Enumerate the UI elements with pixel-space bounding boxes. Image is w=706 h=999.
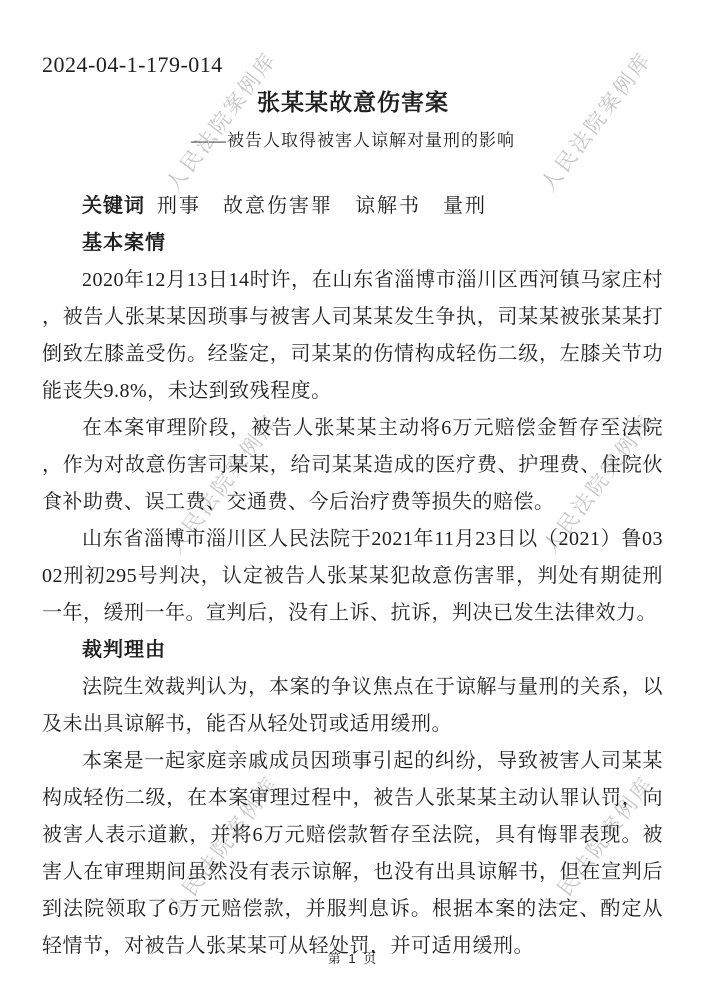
case-number: 2024-04-1-179-014 xyxy=(42,52,223,78)
keywords-line: 关键词刑事故意伤害罪谅解书量刑 xyxy=(42,188,663,225)
paragraph: 山东省淄博市淄川区人民法院于2021年11月23日以（2021）鲁0302刑初2… xyxy=(42,521,663,632)
keywords-label: 关键词 xyxy=(82,195,145,217)
paragraph: 本案是一起家庭亲戚成员因琐事引起的纠纷，导致被害人司某某构成轻伤二级，在本案审理… xyxy=(42,743,663,965)
keyword-item: 谅解书 xyxy=(355,195,421,217)
keyword-item: 故意伤害罪 xyxy=(223,195,333,217)
document-subtitle: ——被告人取得被害人谅解对量刑的影响 xyxy=(0,126,706,151)
paragraph: 法院生效裁判认为，本案的争议焦点在于谅解与量刑的关系，以及未出具谅解书，能否从轻… xyxy=(42,669,663,743)
document-body: 关键词刑事故意伤害罪谅解书量刑 基本案情 2020年12月13日14时许，在山东… xyxy=(42,188,663,965)
page-number: 第 1 页 xyxy=(0,948,706,967)
keyword-item: 刑事 xyxy=(157,195,201,217)
section-heading-basic-facts: 基本案情 xyxy=(42,225,663,262)
paragraph: 在本案审理阶段，被告人张某某主动将6万元赔偿金暂存至法院，作为对故意伤害司某某，… xyxy=(42,410,663,521)
document-title: 张某某故意伤害案 xyxy=(0,84,706,117)
paragraph: 2020年12月13日14时许，在山东省淄博市淄川区西河镇马家庄村，被告人张某某… xyxy=(42,262,663,410)
section-heading-judgment-reasons: 裁判理由 xyxy=(42,632,663,669)
document-page: 人民法院案例库 人民法院案例库 人民法院案例库 人民法院案例库 人民法院案例库 … xyxy=(0,0,706,999)
keyword-item: 量刑 xyxy=(443,195,487,217)
